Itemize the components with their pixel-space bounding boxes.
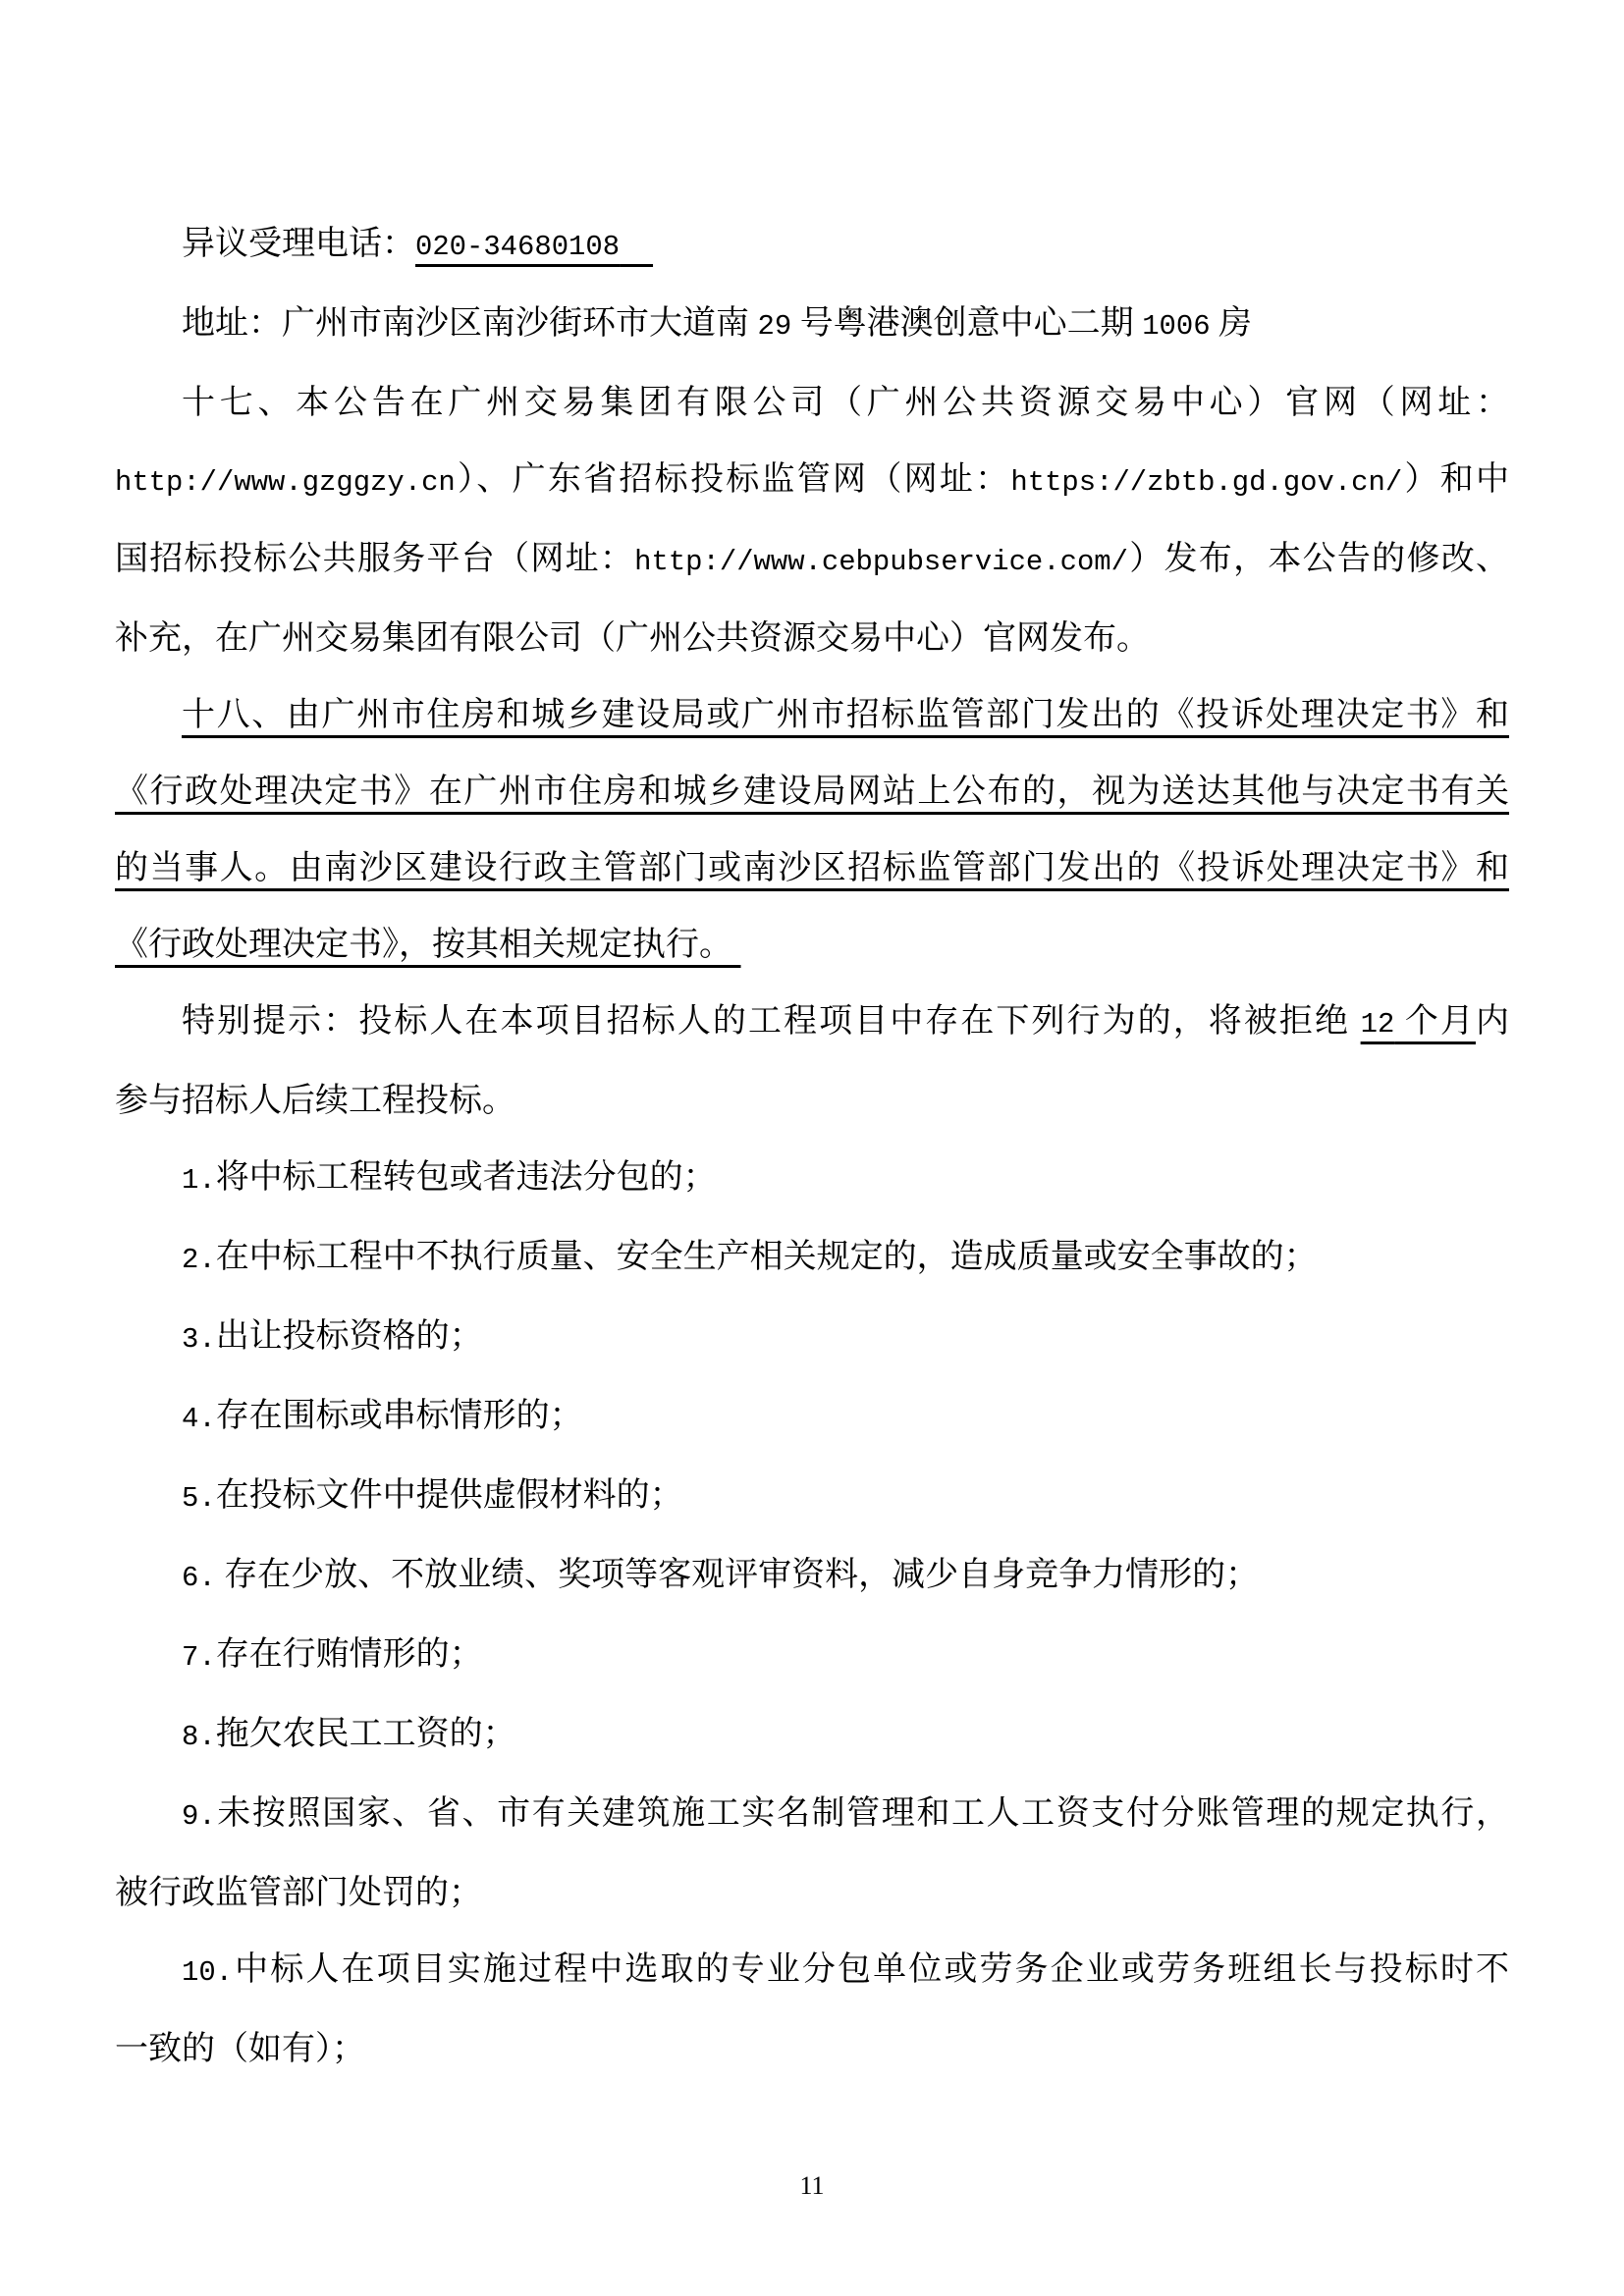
- item-2-paragraph: 2.在中标工程中不执行质量、安全生产相关规定的，造成质量或安全事故的；: [115, 1219, 1509, 1299]
- text-segment: 12: [1361, 1008, 1395, 1041]
- item-10-paragraph-line-1: 10.中标人在项目实施过程中选取的专业分包单位或劳务企业或劳务班组长与投标时不: [115, 1932, 1509, 2011]
- text-segment: 《行政处理决定书》，按其相关规定执行。: [115, 927, 741, 963]
- item-6-paragraph: 6. 存在少放、不放业绩、奖项等客观评审资料，减少自身竞争力情形的；: [115, 1537, 1509, 1617]
- objection-phone-paragraph: 异议受理电话：020-34680108: [115, 206, 1509, 286]
- clause-17-paragraph-line-4: 补充，在广州交易集团有限公司（广州公共资源交易中心）官网发布。: [115, 601, 1509, 677]
- clause-18-paragraph-line-4: 《行政处理决定书》，按其相关规定执行。: [115, 907, 1509, 984]
- text-segment: 存在行贿情形的；: [216, 1636, 483, 1673]
- item-5-paragraph: 5.在投标文件中提供虚假材料的；: [115, 1458, 1509, 1537]
- zbtb-url: https://zbtb.gd.gov.cn/: [1010, 466, 1402, 499]
- text-segment: 十七、本公告在广州交易集团有限公司（广州公共资源交易中心）官网（网址：: [182, 385, 1509, 421]
- text-segment: 10.: [182, 1956, 233, 1989]
- item-1-paragraph: 1.将中标工程转包或者违法分包的；: [115, 1140, 1509, 1219]
- text-segment: 房: [1211, 305, 1253, 342]
- special-notice-paragraph-line-2: 参与招标人后续工程投标。: [115, 1063, 1509, 1140]
- text-segment: 拖欠农民工工资的；: [216, 1716, 516, 1752]
- text-segment: 6.: [182, 1562, 216, 1594]
- text-segment: 出让投标资格的；: [216, 1318, 483, 1355]
- objection-phone-number: 020-34680108: [415, 231, 620, 263]
- text-segment: 2.: [182, 1244, 216, 1276]
- clause-18-paragraph-line-1: 十八、由广州市住房和城乡建设局或广州市招标监管部门发出的《投诉处理决定书》和: [115, 677, 1509, 754]
- item-8-paragraph: 8.拖欠农民工工资的；: [115, 1696, 1509, 1776]
- text-segment: 号粤港澳创意中心二期: [791, 305, 1142, 342]
- gzggzy-url: http://www.gzggzy.cn: [115, 466, 456, 499]
- text-segment: 未按照国家、省、市有关建筑施工实名制管理和工人工资支付分账管理的规定执行，: [216, 1795, 1509, 1832]
- text-segment: 9.: [182, 1800, 216, 1833]
- item-7-paragraph: 7.存在行贿情形的；: [115, 1617, 1509, 1696]
- document-body: 异议受理电话：020-34680108 地址：广州市南沙区南沙街环市大道南 29…: [115, 206, 1509, 2088]
- text-segment: 3.: [182, 1323, 216, 1356]
- address-paragraph: 地址：广州市南沙区南沙街环市大道南 29 号粤港澳创意中心二期 1006 房: [115, 286, 1509, 365]
- text-segment: ）、广东省招标投标监管网（网址：: [456, 461, 1011, 498]
- text-segment: 十八、由广州市住房和城乡建设局或广州市招标监管部门发出的《投诉处理决定书》和: [182, 697, 1509, 733]
- cebpubservice-url: http://www.cebpubservice.com/: [634, 546, 1128, 578]
- special-notice-paragraph-line-1: 特别提示：投标人在本项目招标人的工程项目中存在下列行为的，将被拒绝 12 个月内: [115, 984, 1509, 1063]
- item-9-paragraph-line-1: 9.未按照国家、省、市有关建筑施工实名制管理和工人工资支付分账管理的规定执行，: [115, 1776, 1509, 1855]
- clause-18-paragraph-line-3: 的当事人。由南沙区建设行政主管部门或南沙区招标监管部门发出的《投诉处理决定书》和: [115, 830, 1509, 907]
- text-segment: 一致的（如有）；: [115, 2031, 365, 2067]
- text-segment: 1.: [182, 1164, 216, 1197]
- document-page: 异议受理电话：020-34680108 地址：广州市南沙区南沙街环市大道南 29…: [0, 0, 1624, 2296]
- text-segment: 《行政处理决定书》在广州市住房和城乡建设局网站上公布的，视为送达其他与决定书有关: [115, 774, 1509, 810]
- clause-18-paragraph-line-2: 《行政处理决定书》在广州市住房和城乡建设局网站上公布的，视为送达其他与决定书有关: [115, 754, 1509, 830]
- text-segment: ）和中: [1402, 461, 1509, 498]
- item-9-paragraph-line-2: 被行政监管部门处罚的；: [115, 1855, 1509, 1932]
- text-segment: 29: [758, 310, 792, 343]
- item-4-paragraph: 4.存在围标或串标情形的；: [115, 1378, 1509, 1458]
- item-3-paragraph: 3.出让投标资格的；: [115, 1299, 1509, 1378]
- text-segment: 内: [1476, 1003, 1509, 1040]
- text-segment: ）发布，本公告的修改、: [1128, 541, 1509, 577]
- clause-17-paragraph-line-2: http://www.gzggzy.cn）、广东省招标投标监管网（网址：http…: [115, 442, 1509, 521]
- text-segment: 将中标工程转包或者违法分包的；: [216, 1159, 717, 1196]
- text-segment: 在投标文件中提供虚假材料的；: [216, 1477, 683, 1514]
- text-segment: 存在少放、不放业绩、奖项等客观评审资料，减少自身竞争力情形的；: [216, 1557, 1260, 1593]
- text-segment: 异议受理电话：: [182, 226, 415, 262]
- text-segment: 8.: [182, 1721, 216, 1753]
- text-segment: 的当事人。由南沙区建设行政主管部门或南沙区招标监管部门发出的《投诉处理决定书》和: [115, 850, 1509, 886]
- text-segment: 中标人在项目实施过程中选取的专业分包单位或劳务企业或劳务班组长与投标时不: [233, 1951, 1509, 1988]
- page-number: 11: [115, 2166, 1509, 2206]
- text-segment: 地址：广州市南沙区南沙街环市大道南: [182, 305, 758, 342]
- text-segment: 补充，在广州交易集团有限公司（广州公共资源交易中心）官网发布。: [115, 620, 1150, 657]
- item-10-paragraph-line-2: 一致的（如有）；: [115, 2011, 1509, 2088]
- text-segment: 国招标投标公共服务平台（网址：: [115, 541, 634, 577]
- text-segment: 1006: [1142, 310, 1210, 343]
- text-segment: 特别提示：投标人在本项目招标人的工程项目中存在下列行为的，将被拒绝: [182, 1003, 1361, 1040]
- clause-17-paragraph-line-1: 十七、本公告在广州交易集团有限公司（广州公共资源交易中心）官网（网址：: [115, 365, 1509, 442]
- text-segment: 4.: [182, 1403, 216, 1435]
- clause-17-paragraph-line-3: 国招标投标公共服务平台（网址：http://www.cebpubservice.…: [115, 521, 1509, 601]
- text-segment: 7.: [182, 1641, 216, 1674]
- text-segment: [620, 226, 653, 262]
- text-segment: 在中标工程中不执行质量、安全生产相关规定的，造成质量或安全事故的；: [216, 1239, 1318, 1275]
- text-segment: 存在围标或串标情形的；: [216, 1398, 583, 1434]
- text-segment: 被行政监管部门处罚的；: [115, 1875, 482, 1911]
- text-segment: 5.: [182, 1482, 216, 1515]
- text-segment: 参与招标人后续工程投标。: [115, 1083, 515, 1119]
- text-segment: 个月: [1394, 1003, 1476, 1040]
